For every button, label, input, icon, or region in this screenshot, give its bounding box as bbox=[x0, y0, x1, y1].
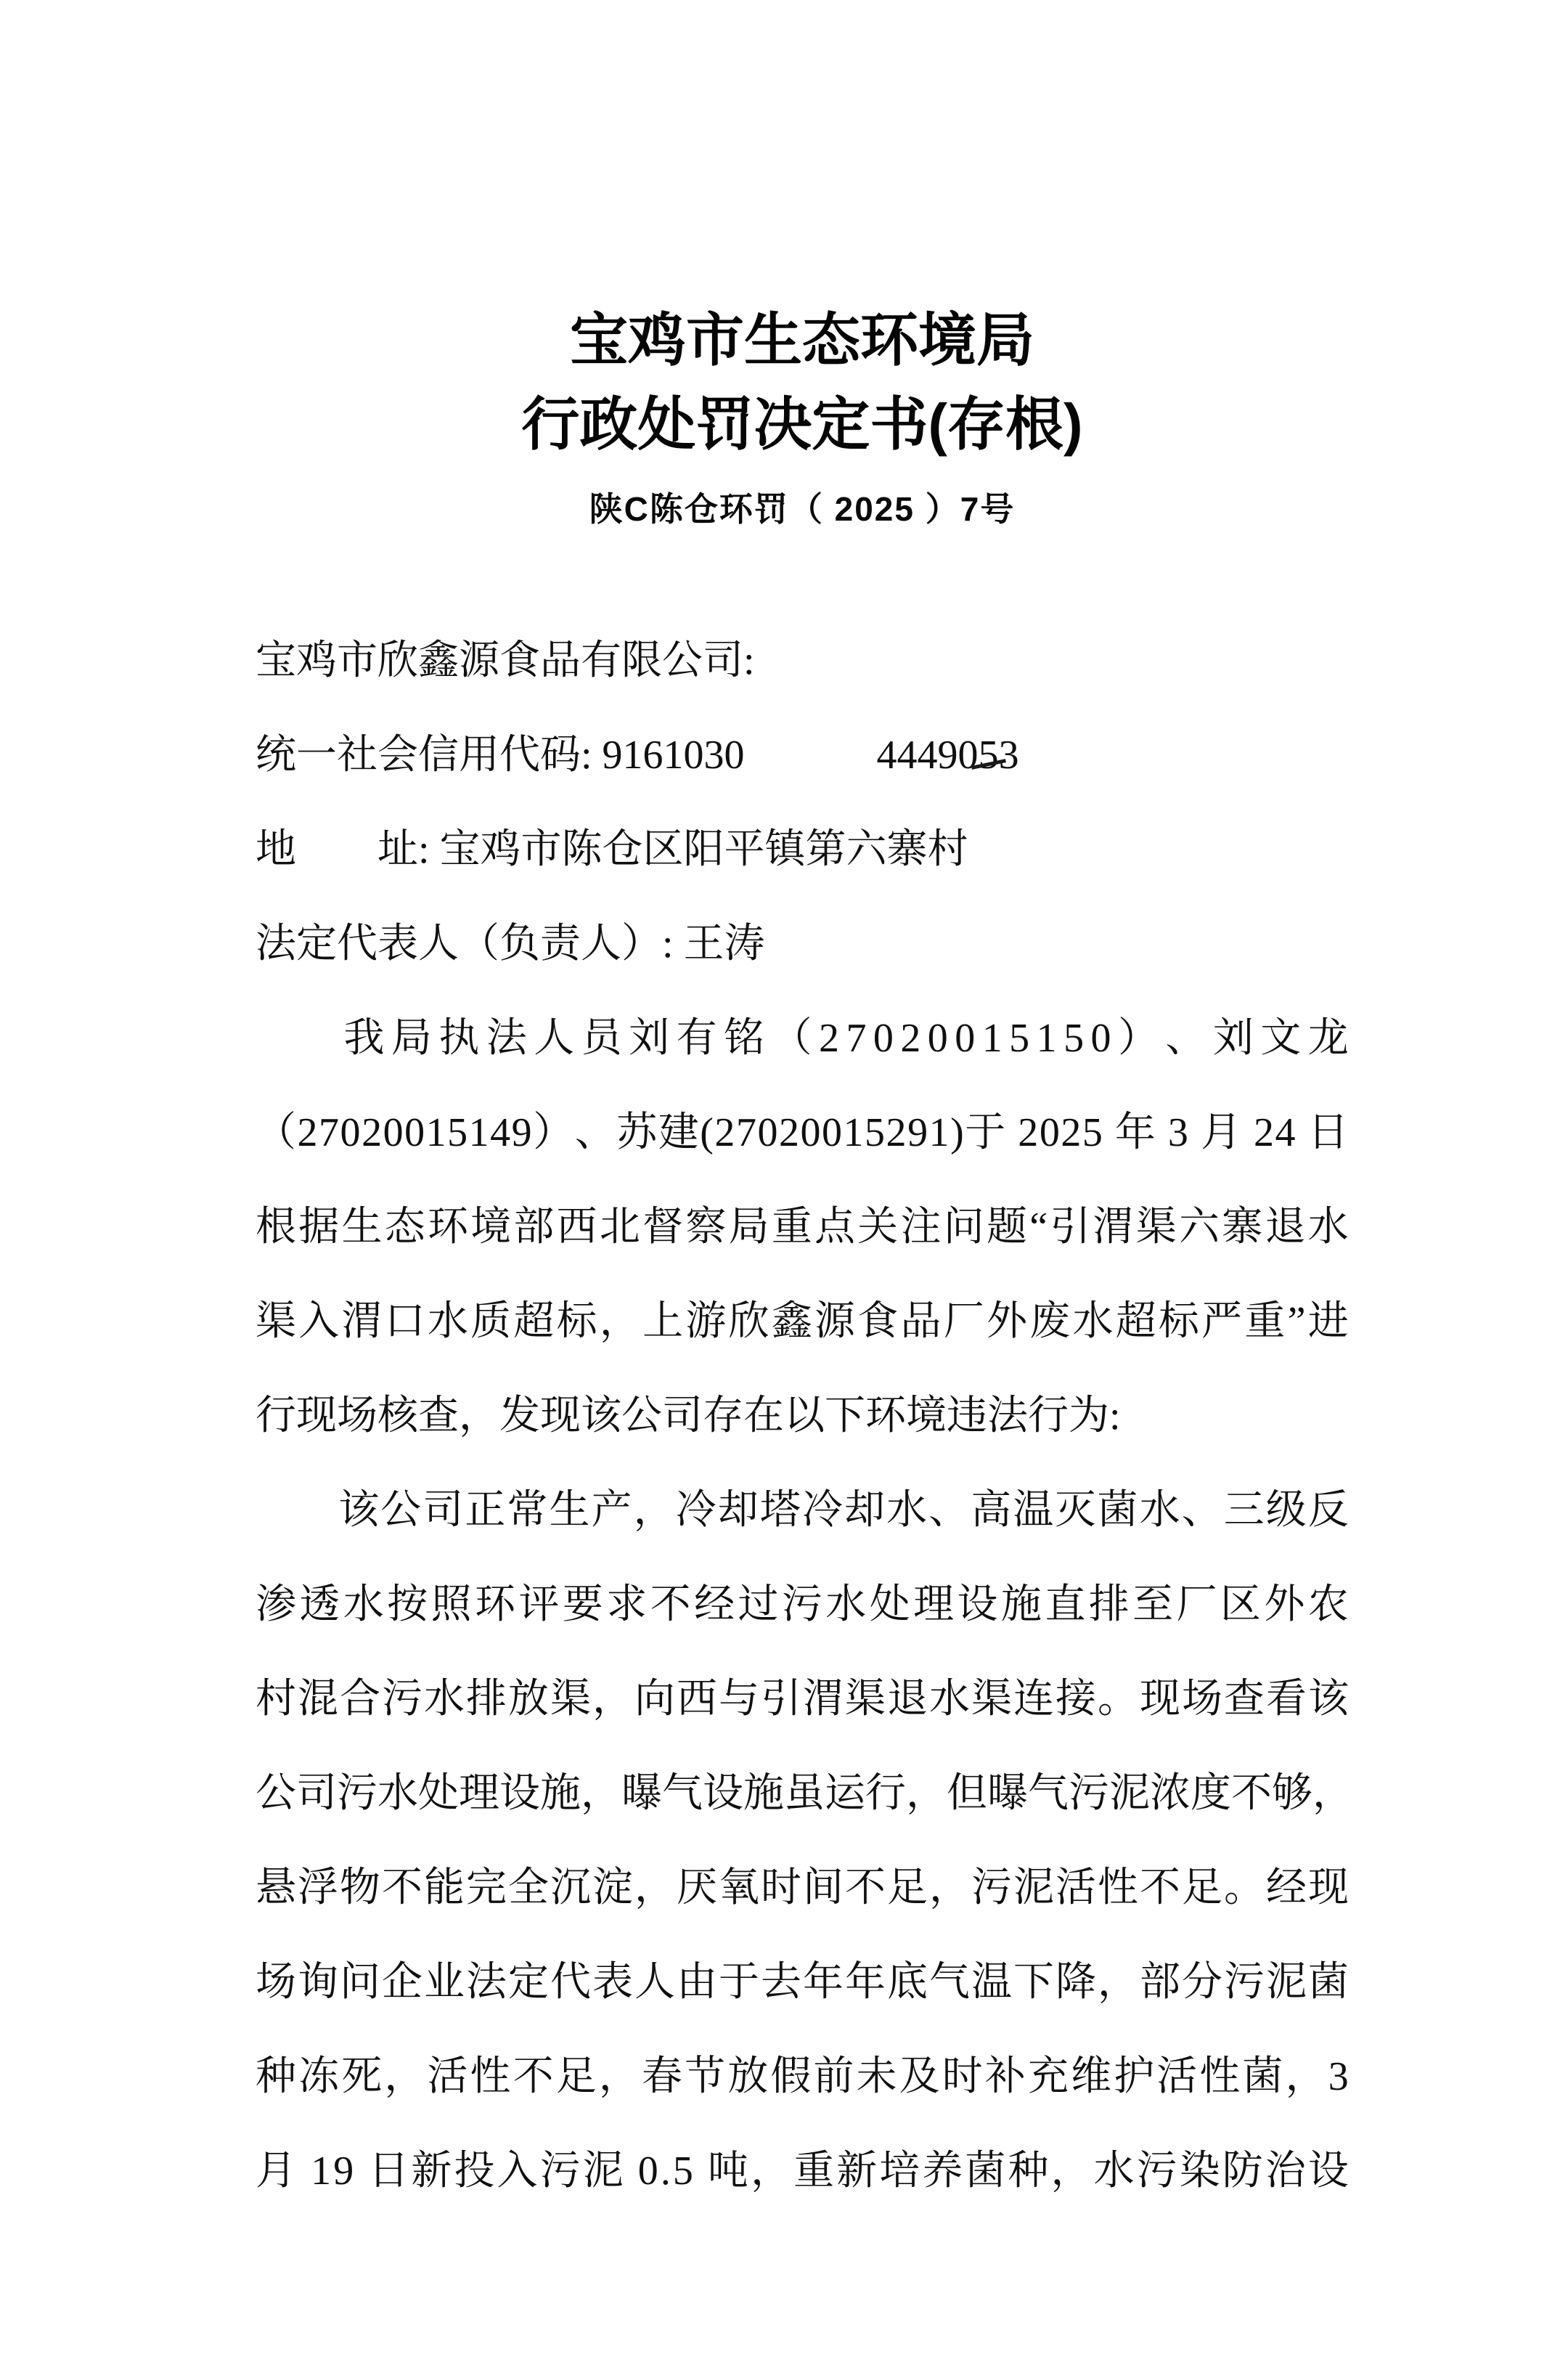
credit-code-line: 统一社会信用代码: 9161030 4449053 bbox=[256, 708, 1349, 802]
document-line: 种冻死，活性不足，春节放假前未及时补充维护活性菌，3 bbox=[256, 2029, 1349, 2124]
document-line: 月 19 日新投入污泥 0.5 吨，重新培养菌种，水污染防治设 bbox=[256, 2124, 1349, 2218]
document-body: 我局执法人员刘有铭（27020015150）、刘文龙（27020015149）、… bbox=[256, 991, 1349, 2218]
credit-code-last-digit: 3 bbox=[999, 733, 1019, 778]
paragraph-indent bbox=[256, 991, 337, 1086]
document-line: （27020015149）、苏建(27020015291)于 2025 年 3 … bbox=[256, 1086, 1349, 1180]
pen-marked-digit: 5 bbox=[979, 733, 999, 778]
document-page: 宝鸡市生态环境局 行政处罚决定书(存根) 陕C陈仓环罚（ 2025 ）7号 宝鸡… bbox=[0, 0, 1568, 2370]
document-line: 渠入渭口水质超标，上游欣鑫源食品厂外废水超标严重”进 bbox=[256, 1274, 1349, 1369]
legal-representative-line: 法定代表人（负责人）: 王涛 bbox=[256, 897, 1349, 991]
document-title-line2: 行政处罚决定书(存根) bbox=[256, 382, 1349, 468]
address-line: 地 址: 宝鸡市陈仓区阳平镇第六寨村 bbox=[256, 802, 1349, 897]
document-title-line1: 宝鸡市生态环境局 bbox=[256, 298, 1349, 383]
document-line: 场询问企业法定代表人由于去年年底气温下降，部分污泥菌 bbox=[256, 1935, 1349, 2029]
document-line: 村混合污水排放渠，向西与引渭渠退水渠连接。现场查看该 bbox=[256, 1652, 1349, 1746]
document-line: 根据生态环境部西北督察局重点关注问题“引渭渠六寨退水 bbox=[256, 1180, 1349, 1274]
credit-code-text: 统一社会信用代码: 9161030 44490 bbox=[256, 733, 979, 778]
document-line: 渗透水按照环评要求不经过污水处理设施直排至厂区外农 bbox=[256, 1557, 1349, 1652]
document-line: 悬浮物不能完全沉淀，厌氧时间不足，污泥活性不足。经现 bbox=[256, 1841, 1349, 1935]
document-number: 陕C陈仓环罚（ 2025 ）7号 bbox=[256, 485, 1349, 533]
document-line: 我局执法人员刘有铭（27020015150）、刘文龙 bbox=[256, 991, 1349, 1086]
recipient-company-line: 宝鸡市欣鑫源食品有限公司: bbox=[256, 614, 1349, 708]
document-line: 行现场核查，发现该公司存在以下环境违法行为: bbox=[256, 1369, 1349, 1463]
document-line: 公司污水处理设施，曝气设施虽运行，但曝气污泥浓度不够， bbox=[256, 1746, 1349, 1841]
paragraph-indent bbox=[256, 1463, 337, 1557]
document-line: 该公司正常生产，冷却塔冷却水、高温灭菌水、三级反 bbox=[256, 1463, 1349, 1557]
